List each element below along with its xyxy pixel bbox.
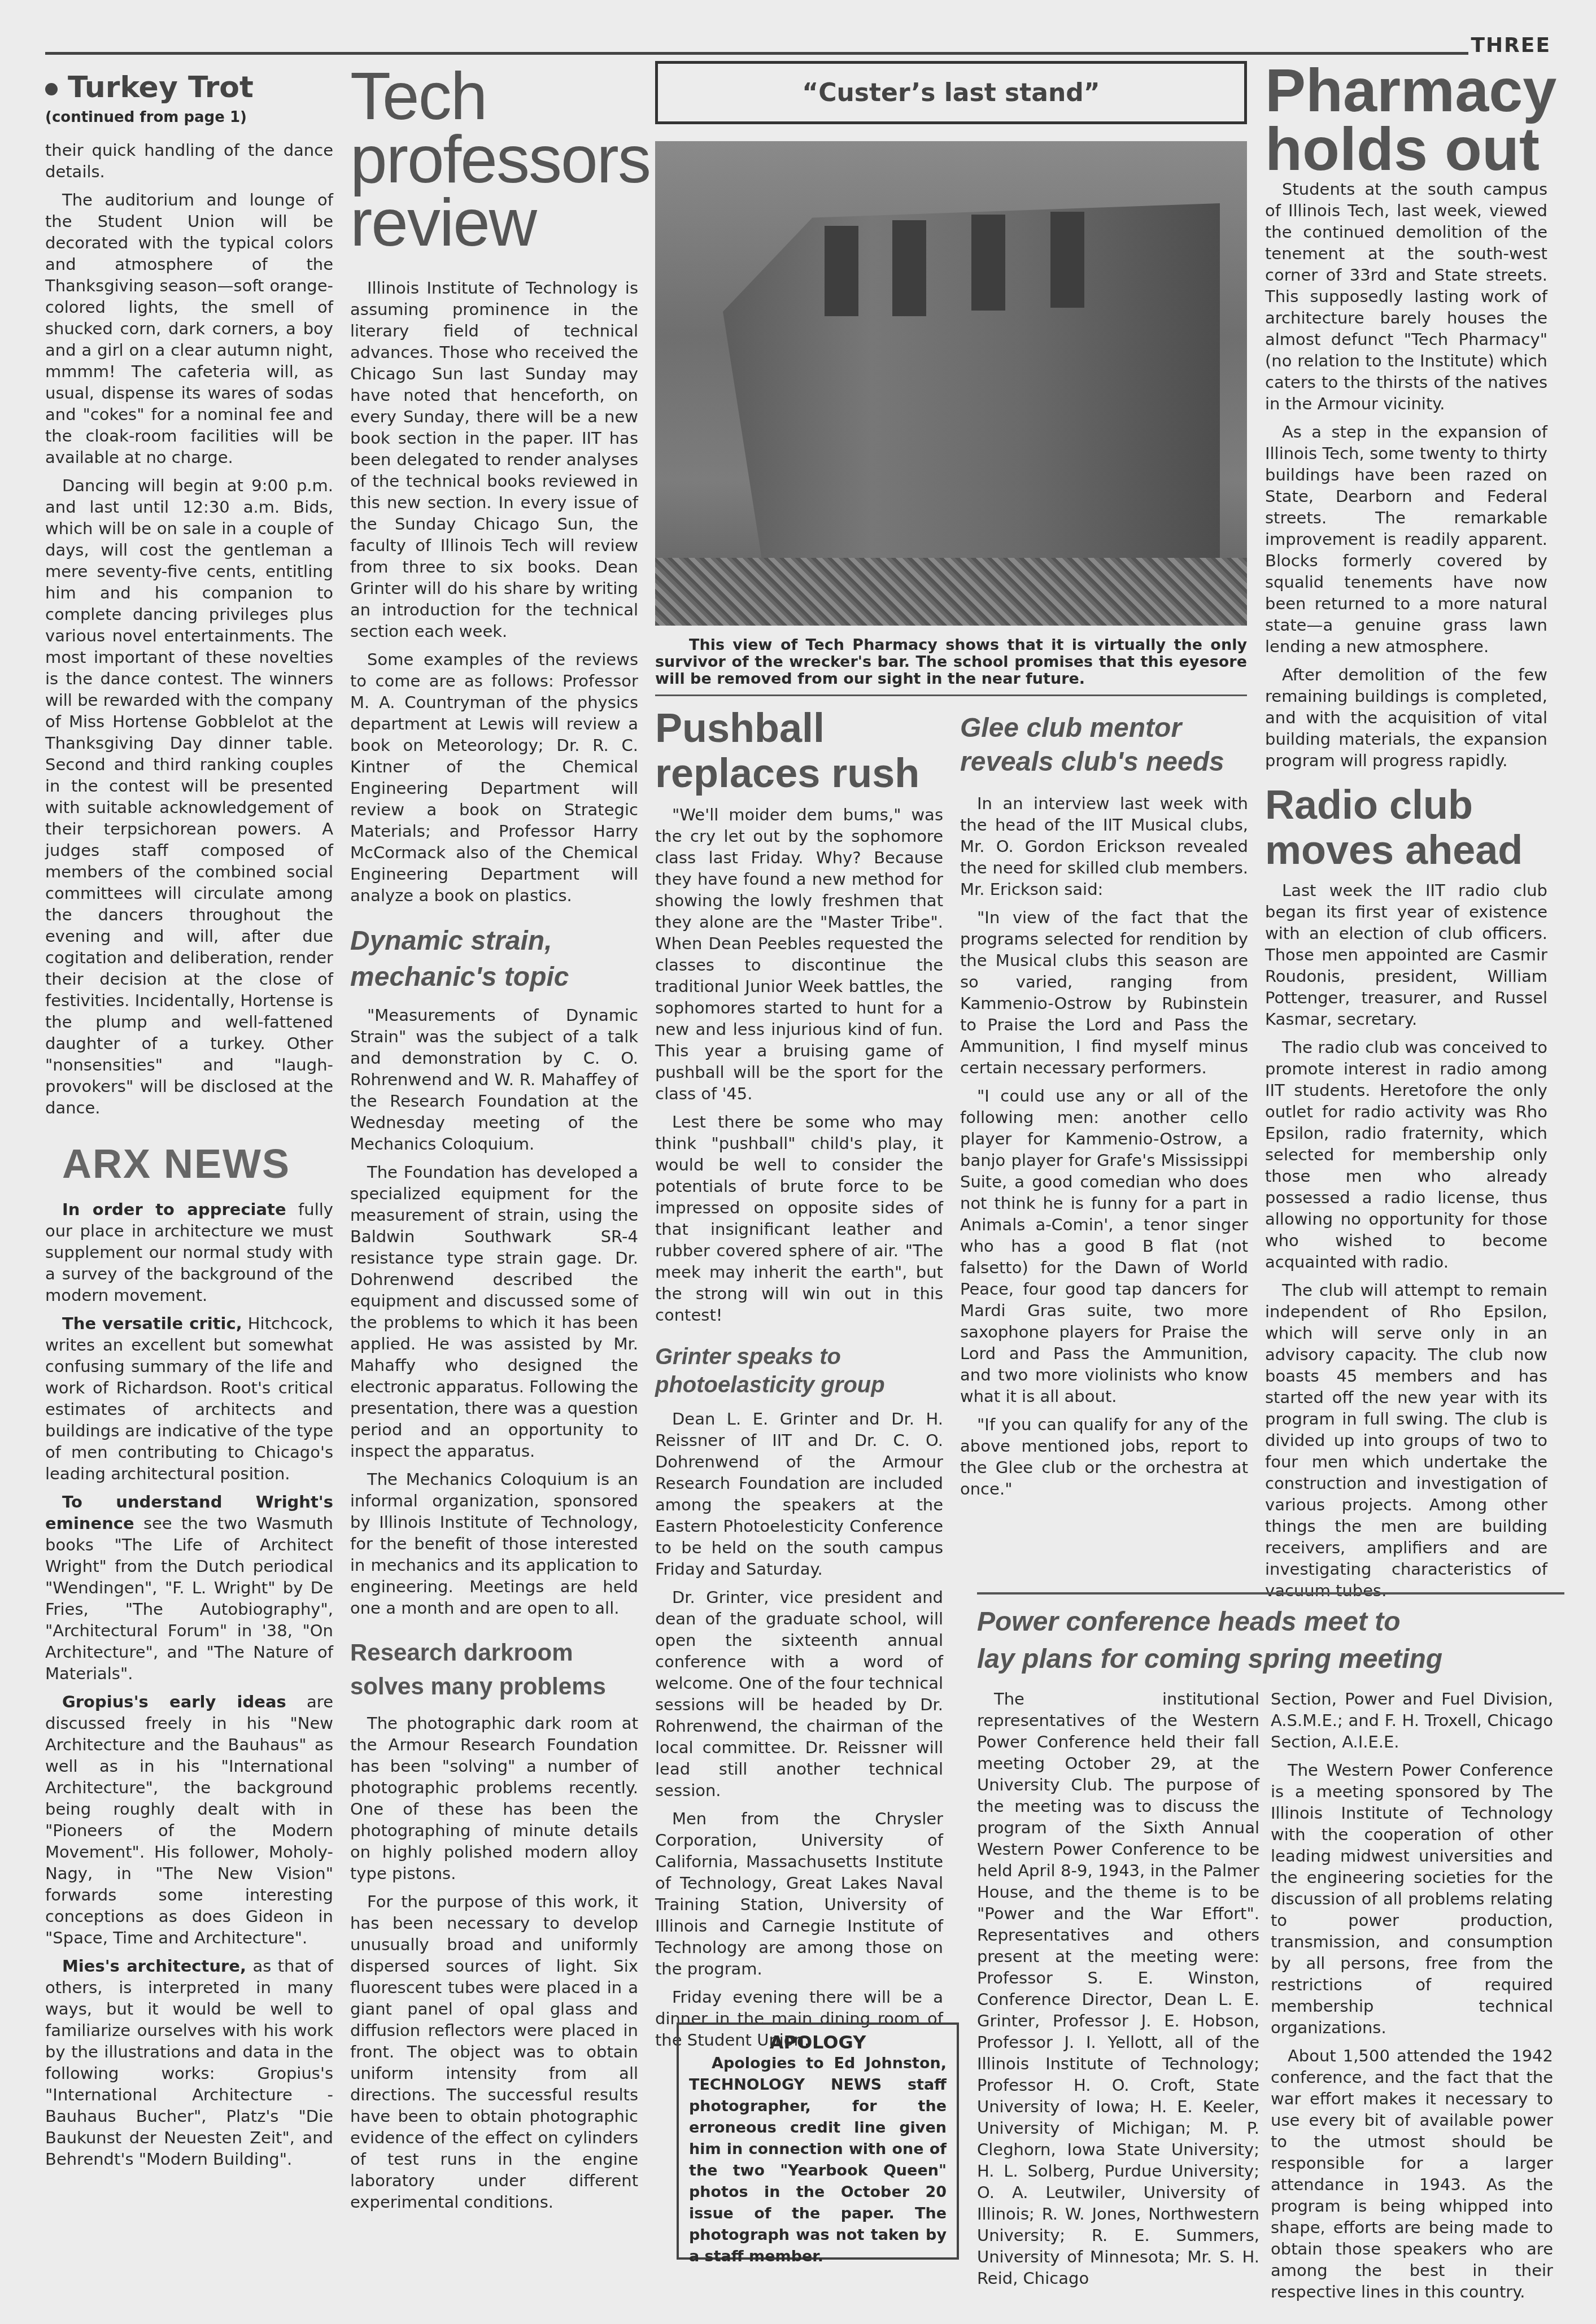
grinter-headline: Grinter speaks to photoelasticity group: [655, 1343, 943, 1399]
power-conference-para: About 1,500 attended the 1942 conference…: [1271, 2045, 1553, 2303]
pharmacy-para: Students at the south campus of Illinois…: [1265, 178, 1547, 414]
tech-professors-para: Some examples of the reviews to come are…: [350, 649, 638, 906]
arx-news-para: To understand Wright's eminence see the …: [45, 1491, 333, 1684]
photo-caption: This view of Tech Pharmacy shows that it…: [655, 637, 1247, 688]
photo-window: [1050, 212, 1084, 308]
arx-news-para: In order to appreciate fully our place i…: [45, 1199, 333, 1306]
grinter-para: Men from the Chrysler Corporation, Unive…: [655, 1808, 943, 1980]
glee-club-para: In an interview last week with the head …: [960, 793, 1248, 900]
column-4: Glee club mentor reveals club's needs In…: [960, 711, 1248, 1506]
column-2: Tech professors review Illinois Institut…: [350, 65, 638, 2220]
top-rule: [45, 52, 1468, 55]
power-conference-article: Power conference heads meet to lay plans…: [977, 1604, 1564, 1678]
arx-news-para: Mies's architecture, as that of others, …: [45, 1955, 333, 2170]
arx-news-para: The versatile critic, Hitchcock, writes …: [45, 1313, 333, 1484]
pharmacy-headline: Pharmacy holds out: [1265, 61, 1547, 178]
tech-professors-para: Illinois Institute of Technology is assu…: [350, 277, 638, 642]
darkroom-headline: Research darkroom solves many problems: [350, 1636, 638, 1703]
apology-text: Apologies to Ed Johnston, TECHNOLOGY NEW…: [689, 2053, 947, 2268]
glee-club-para: "In view of the fact that the programs s…: [960, 907, 1248, 1078]
column-5: Pharmacy holds out Students at the south…: [1265, 61, 1547, 1608]
photo-window: [892, 220, 926, 316]
apology-box: APOLOGY Apologies to Ed Johnston, TECHNO…: [677, 2022, 959, 2260]
page-folio: THREE: [1471, 34, 1551, 57]
glee-club-para: "I could use any or all of the following…: [960, 1085, 1248, 1407]
photo-title-box: “Custer’s last stand”: [655, 61, 1247, 124]
turkey-trot-para: The auditorium and lounge of the Student…: [45, 189, 333, 468]
photo-window: [971, 215, 1005, 311]
pharmacy-para: After demolition of the few remaining bu…: [1265, 664, 1547, 771]
dynamic-strain-headline: Dynamic strain, mechanic's topic: [350, 923, 638, 995]
power-conference-para: The Western Power Conference is a meetin…: [1271, 1759, 1553, 2038]
divider: [655, 694, 1247, 696]
grinter-para: Dean L. E. Grinter and Dr. H. Reissner o…: [655, 1408, 943, 1580]
dynamic-strain-para: The Mechanics Coloquium is an informal o…: [350, 1469, 638, 1619]
dynamic-strain-para: "Measurements of Dynamic Strain" was the…: [350, 1004, 638, 1155]
bullet-icon: [45, 83, 58, 95]
continued-note: (continued from page 1): [45, 109, 333, 126]
dynamic-strain-para: The Foundation has developed a specializ…: [350, 1161, 638, 1462]
power-conference-col-2: Section, Power and Fuel Division, A.S.M.…: [1271, 1688, 1553, 2309]
newspaper-page: THREE Turkey Trot (continued from page 1…: [0, 0, 1596, 2324]
radio-club-para: The club will attempt to remain independ…: [1265, 1279, 1547, 1601]
turkey-trot-para: their quick handling of the dance detail…: [45, 139, 333, 182]
pharmacy-para: As a step in the expansion of Illinois T…: [1265, 421, 1547, 657]
photo-rubble: [655, 558, 1247, 626]
arx-news-headline: ARX NEWS: [62, 1141, 333, 1187]
power-conference-headline: Power conference heads meet to lay plans…: [977, 1604, 1564, 1678]
photo-window: [825, 226, 858, 316]
power-conference-para: The institutional representatives of the…: [977, 1688, 1259, 2289]
tech-professors-headline: Tech professors review: [350, 65, 638, 255]
apology-title: APOLOGY: [689, 2032, 947, 2053]
radio-club-headline: Radio club moves ahead: [1265, 783, 1547, 873]
darkroom-para: The photographic dark room at the Armour…: [350, 1713, 638, 1884]
radio-club-para: The radio club was conceived to promote …: [1265, 1037, 1547, 1273]
glee-club-para: "If you can qualify for any of the above…: [960, 1414, 1248, 1500]
power-conference-col-1: The institutional representatives of the…: [977, 1688, 1259, 2296]
pushball-headline: Pushball replaces rush: [655, 706, 943, 796]
pushball-para: "We'll moider dem bums," was the cry let…: [655, 804, 943, 1104]
turkey-trot-para: Dancing will begin at 9:00 p.m. and last…: [45, 475, 333, 1119]
tech-pharmacy-photo: [655, 141, 1247, 626]
arx-news-para: Gropius's early ideas are discussed free…: [45, 1691, 333, 1949]
glee-club-headline: Glee club mentor reveals club's needs: [960, 711, 1248, 779]
radio-club-para: Last week the IIT radio club began its f…: [1265, 880, 1547, 1030]
column-1: Turkey Trot (continued from page 1) thei…: [45, 71, 333, 2177]
pushball-para: Lest there be some who may think "pushba…: [655, 1111, 943, 1326]
divider: [977, 1592, 1564, 1595]
column-3: Pushball replaces rush "We'll moider dem…: [655, 706, 943, 2057]
darkroom-para: For the purpose of this work, it has bee…: [350, 1891, 638, 2213]
power-conference-para: Section, Power and Fuel Division, A.S.M.…: [1271, 1688, 1553, 1753]
grinter-para: Dr. Grinter, vice president and dean of …: [655, 1587, 943, 1801]
turkey-trot-headline: Turkey Trot: [45, 71, 333, 104]
